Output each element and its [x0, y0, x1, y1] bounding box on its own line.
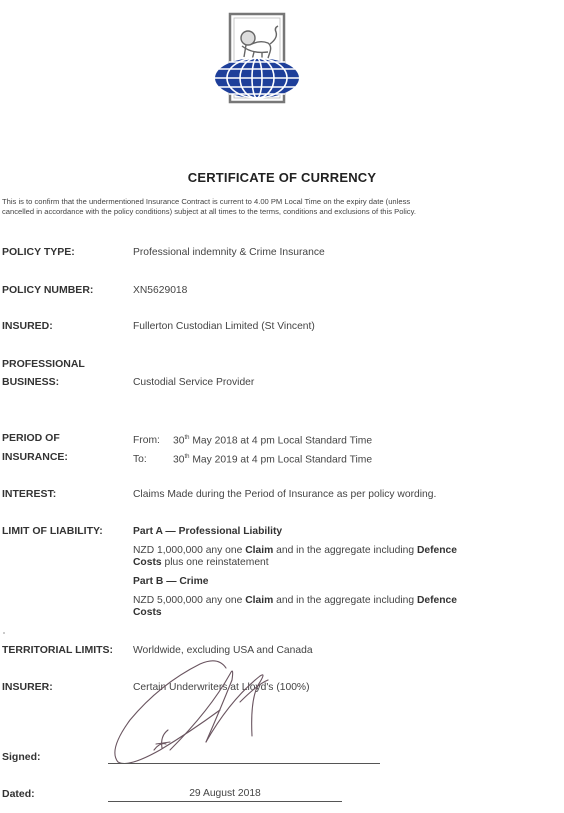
part-a-heading: Part A — Professional Liability	[133, 522, 282, 541]
signature-scribble-icon	[100, 650, 300, 780]
part-a-t2: and in the aggregate including	[273, 545, 417, 556]
territorial-limits-label: TERRITORIAL LIMITS:	[2, 641, 113, 660]
policy-number-label: POLICY NUMBER:	[2, 281, 93, 300]
limit-of-liability-label: LIMIT OF LIABILITY:	[2, 522, 103, 541]
part-a-t1: NZD 1,000,000 any one	[133, 545, 245, 556]
from-rest: May 2018 at 4 pm Local Standard Time	[189, 435, 372, 446]
professional-business-value: Custodial Service Provider	[133, 373, 254, 392]
stray-mark	[3, 632, 5, 634]
lloyds-logo	[212, 10, 302, 110]
signed-label: Signed:	[2, 748, 41, 767]
part-b-heading: Part B — Crime	[133, 572, 209, 591]
from-day: 30	[173, 435, 184, 446]
insurer-label: INSURER:	[2, 678, 53, 697]
part-a-text: NZD 1,000,000 any one Claim and in the a…	[133, 545, 543, 569]
part-a-defence: Defence	[417, 545, 457, 556]
professional-business-label-2: BUSINESS:	[2, 373, 59, 392]
policy-type-label: POLICY TYPE:	[2, 243, 75, 262]
intro-line-2: cancelled in accordance with the policy …	[2, 207, 562, 217]
lion-globe-icon	[212, 10, 302, 110]
period-label-2: INSURANCE:	[2, 448, 68, 467]
part-b-t1: NZD 5,000,000 any one	[133, 595, 245, 606]
insured-value: Fullerton Custodian Limited (St Vincent)	[133, 317, 315, 336]
to-label: To:	[133, 450, 173, 469]
policy-type-value: Professional indemnity & Crime Insurance	[133, 243, 325, 262]
date-line	[108, 801, 342, 802]
dated-value: 29 August 2018	[108, 788, 342, 799]
part-a-claim: Claim	[245, 545, 273, 556]
to-rest: May 2019 at 4 pm Local Standard Time	[189, 454, 372, 465]
interest-label: INTEREST:	[2, 485, 56, 504]
part-a-costs: Costs	[133, 557, 162, 568]
part-b-defence: Defence	[417, 595, 457, 606]
dated-label: Dated:	[2, 785, 35, 804]
to-day: 30	[173, 454, 184, 465]
document-title: CERTIFICATE OF CURRENCY	[0, 170, 564, 185]
intro-paragraph: This is to confirm that the undermention…	[2, 197, 562, 217]
part-b-costs: Costs	[133, 607, 162, 618]
insured-label: INSURED:	[2, 317, 53, 336]
signature	[100, 650, 300, 780]
policy-number-value: XN5629018	[133, 281, 187, 300]
part-b-claim: Claim	[245, 595, 273, 606]
period-label-1: PERIOD OF	[2, 429, 60, 448]
signature-line	[108, 763, 380, 764]
interest-value: Claims Made during the Period of Insuran…	[133, 485, 436, 504]
part-a-t3: plus one reinstatement	[162, 557, 269, 568]
professional-business-label-1: PROFESSIONAL	[2, 355, 85, 374]
part-b-text: NZD 5,000,000 any one Claim and in the a…	[133, 595, 543, 619]
period-to: To:30th May 2019 at 4 pm Local Standard …	[133, 448, 372, 469]
part-b-t2: and in the aggregate including	[273, 595, 417, 606]
intro-line-1: This is to confirm that the undermention…	[2, 197, 562, 207]
